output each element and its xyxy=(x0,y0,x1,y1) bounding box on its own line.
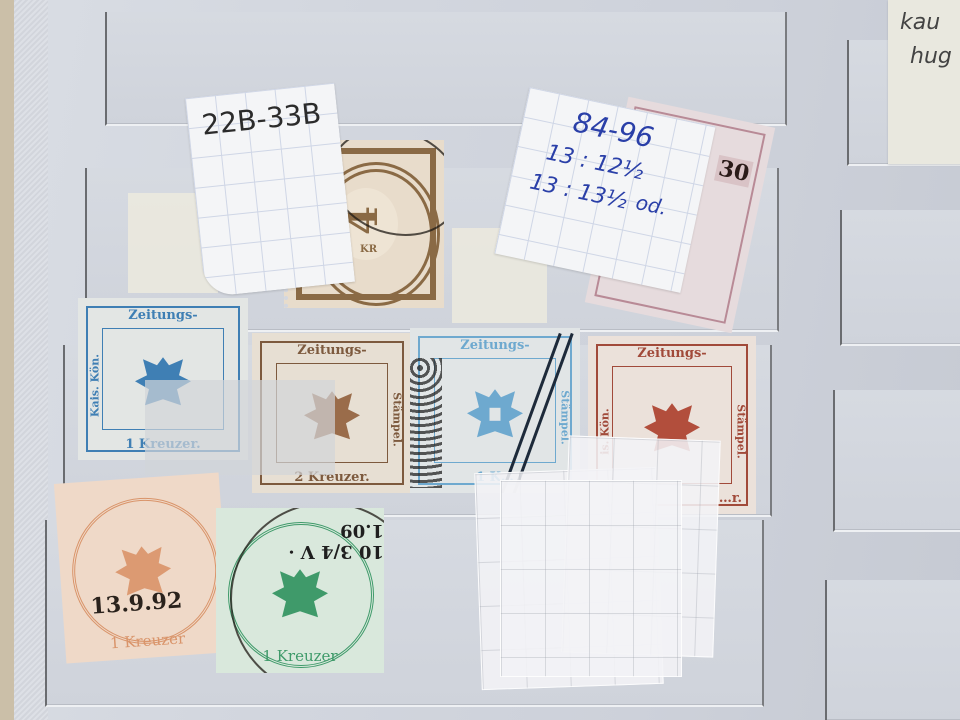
cancel-blot xyxy=(410,358,442,488)
album-strip-2-right xyxy=(840,210,960,346)
stamp-unit: KR xyxy=(360,244,377,255)
album-edge xyxy=(0,0,14,720)
double-eagle-icon xyxy=(460,381,530,447)
note-text: 22B-33B xyxy=(200,96,323,141)
album-strip-3-right xyxy=(833,390,960,532)
note-corner: kau hug xyxy=(888,0,960,164)
note-catalog-22b-33b: 22B-33B xyxy=(185,83,355,298)
note-line-extra: od. xyxy=(634,190,670,220)
album-page: kau hug 30 4 KR 22B-33B 84-96 13 : 12½ o… xyxy=(0,0,960,720)
glassine-envelope-3 xyxy=(500,480,682,677)
stamp-green-1kr: 1 Kreuzer 10 3/4 V · 1.09 xyxy=(216,508,384,673)
stamp-orange-1kr: 1 Kreuzer 13.9.92 xyxy=(54,472,231,663)
note-corner-line-2: hug xyxy=(910,44,952,69)
album-strip-4-right xyxy=(825,580,960,720)
hinge-clear xyxy=(145,380,335,475)
postmark-text: 10 3/4 V · 1.09 xyxy=(260,520,384,562)
note-corner-line-1: kau xyxy=(900,10,940,35)
stamp-zeitung-lightblue-1kr: Zeitungs- Stämpel. 1 K… xyxy=(410,328,580,493)
